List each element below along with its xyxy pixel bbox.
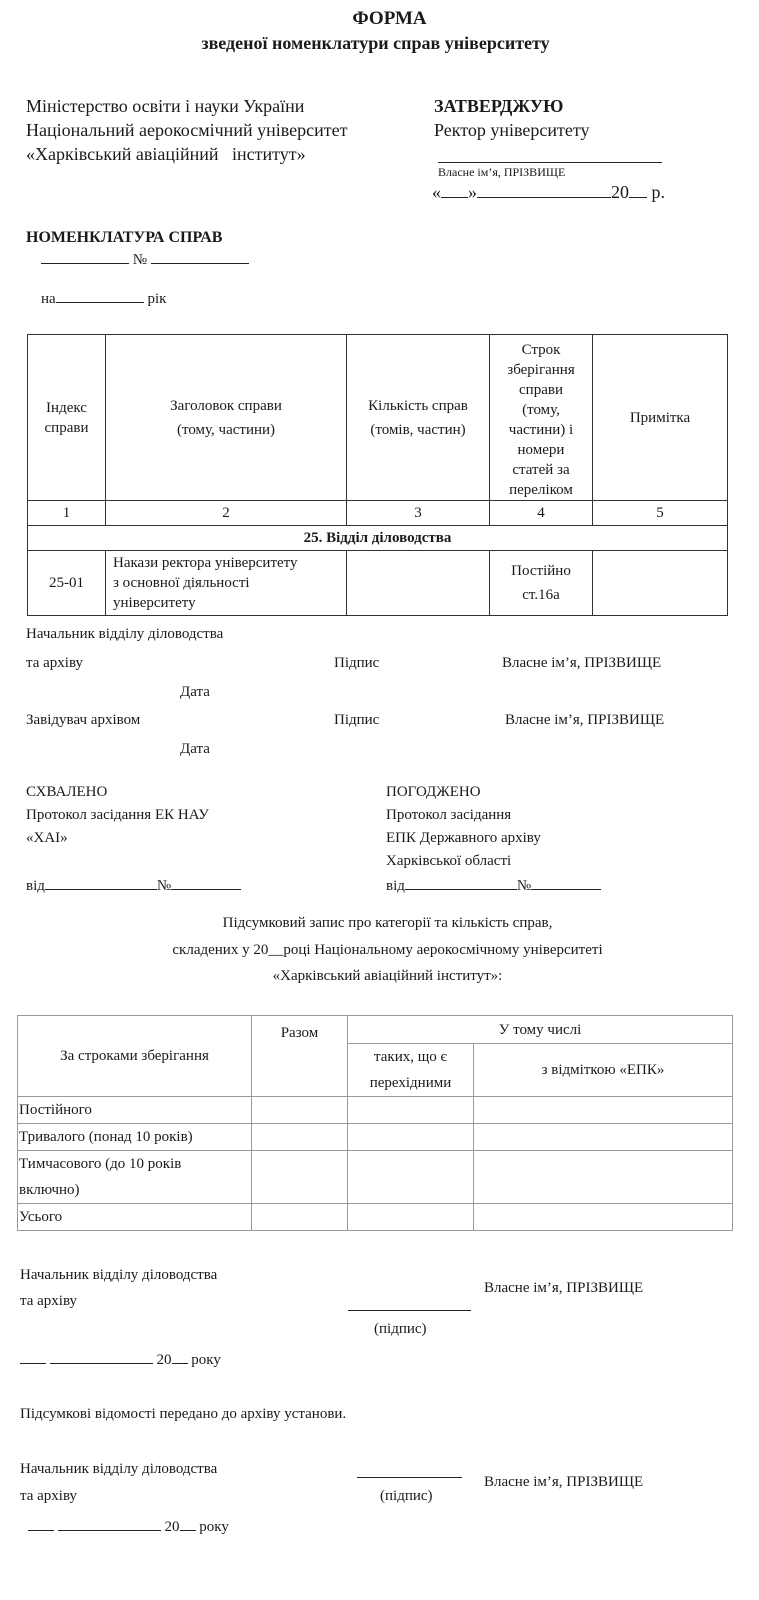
archive-date-label[interactable]: Дата [180,741,210,758]
nomenclature-number-row: № [41,249,249,269]
summary-line-3: «Харківський авіаційний інститут»: [0,968,759,985]
table-row[interactable]: Усього [18,1204,733,1231]
header-index-line: справи [31,418,102,438]
agreed-line-1: Протокол засідання [386,807,511,824]
transfer-signature-line[interactable] [357,1477,462,1478]
approval-title: ЗАТВЕРДЖУЮ [434,94,563,118]
row-epk[interactable] [474,1097,733,1124]
row-total[interactable] [252,1204,348,1231]
nomenclature-year-row: на рік [41,288,166,308]
agreed-date-blank[interactable] [405,876,517,890]
head-sign-label[interactable]: Підпис [334,655,379,672]
row-label-line: Усього [19,1204,251,1230]
row-total[interactable] [252,1124,348,1151]
transfer-date-year-blank[interactable] [180,1517,196,1531]
form-subtitle: зведеної номенклатури справ університету [0,33,751,54]
head-name-label[interactable]: Власне ім’я, ПРІЗВИЩЕ [502,655,661,672]
approved-from-label: від [26,878,45,894]
summary-line-1: Підсумковий запис про категорії та кільк… [0,915,759,932]
row-label-line: Тимчасового (до 10 років [19,1151,251,1177]
summary-table: За строками зберігання Разом У тому числ… [17,1015,733,1231]
header-title: Заголовок справи (тому, частини) [106,335,347,501]
header-index-line: Індекс [31,398,102,418]
row-label: Тимчасового (до 10 років включно) [18,1151,252,1204]
date-year-blank[interactable] [629,183,647,198]
year-prefix: на [41,291,56,307]
column-number: 4 [490,501,593,526]
organization-line-1: Міністерство освіти і науки України [26,94,304,118]
summary-date-year-prefix: 20 [157,1352,172,1368]
header-count: Кількість справ (томів, частин) [347,335,490,501]
row-title[interactable]: Накази ректора університету з основної д… [106,551,347,616]
row-transitional[interactable] [348,1124,474,1151]
agreed-number-blank[interactable] [531,876,601,890]
table-row[interactable]: Тривалого (понад 10 років) [18,1124,733,1151]
nomenclature-number-blank[interactable] [151,249,249,264]
head-title-line-1: Начальник відділу діловодства [26,626,223,643]
header-transitional-line: таких, що є [348,1044,473,1070]
agreed-from-label: від [386,878,405,894]
row-total[interactable] [252,1151,348,1204]
header-retention-line: Строк [493,340,589,360]
header-retention-line: зберігання [493,360,589,380]
date-close-quote: » [468,182,477,202]
header-transitional: таких, що є перехідними [348,1044,474,1097]
row-label-line: включно) [19,1177,251,1203]
column-number: 2 [106,501,347,526]
header-note: Примітка [593,335,728,501]
table-row[interactable]: Постійного [18,1097,733,1124]
agreed-protocol-row: від№ [386,876,601,895]
approved-number-sign: № [157,878,171,894]
date-day-blank[interactable] [441,183,468,198]
rector-name-caption: Власне ім’я, ПРІЗВИЩЕ [438,165,565,180]
date-suffix: р. [652,182,666,202]
row-label: Тривалого (понад 10 років) [18,1124,252,1151]
row-title-line: Накази ректора університету [113,553,343,573]
row-retention-line: ст.16а [493,583,589,607]
header-retention-period: За строками зберігання [18,1016,252,1097]
date-open-quote: « [432,182,441,202]
date-year-prefix: 20 [611,182,629,202]
head-title-line-2: та архіву [26,655,83,672]
row-label: Постійного [18,1097,252,1124]
column-number-row: 1 2 3 4 5 [28,501,728,526]
row-retention-line: Постійно [493,559,589,583]
number-sign: № [133,252,147,268]
row-label-line: Постійного [19,1097,251,1123]
transfer-date-suffix: року [199,1519,229,1535]
table-row[interactable]: 25-01 Накази ректора університету з осно… [28,551,728,616]
row-total[interactable] [252,1097,348,1124]
header-retention: Строк зберігання справи (тому, частини) … [490,335,593,501]
header-retention-line: номери [493,440,589,460]
summary-sign-caption: (підпис) [374,1321,427,1338]
row-epk[interactable] [474,1124,733,1151]
header-count-line: (томів, частин) [350,418,486,442]
archive-sign-label[interactable]: Підпис [334,712,379,729]
transfer-head-title-line-1: Начальник відділу діловодства [20,1461,217,1478]
agreed-title: ПОГОДЖЕНО [386,784,481,801]
header-index: Індекс справи [28,335,106,501]
summary-head-title-line-1: Начальник відділу діловодства [20,1267,217,1284]
transfer-sign-caption: (підпис) [380,1488,433,1505]
nomenclature-table: Індекс справи Заголовок справи (тому, ча… [27,334,728,616]
table-header-row: Індекс справи Заголовок справи (тому, ча… [28,335,728,501]
row-title-line: університету [113,593,343,613]
header-transitional-line: перехідними [348,1070,473,1096]
header-retention-line: (тому, [493,400,589,420]
date-month-blank[interactable] [477,183,611,198]
approved-title: СХВАЛЕНО [26,784,107,801]
transfer-date-month-blank[interactable] [58,1517,161,1531]
transfer-head-name-label[interactable]: Власне ім’я, ПРІЗВИЩЕ [484,1474,643,1491]
transfer-note: Підсумкові відомості передано до архіву … [20,1406,346,1423]
summary-date-year-blank[interactable] [172,1350,188,1364]
transfer-date-row: 20 року [28,1517,229,1536]
summary-date-day-blank[interactable] [20,1350,46,1364]
agreed-line-2: ЕПК Державного архіву [386,830,541,847]
row-epk[interactable] [474,1151,733,1204]
summary-date-month-blank[interactable] [50,1350,153,1364]
row-transitional[interactable] [348,1097,474,1124]
nomenclature-year-blank[interactable] [56,288,144,303]
header-epk: з відміткою «ЕПК» [474,1044,733,1097]
form-title: ФОРМА [0,8,759,30]
header-total: Разом [252,1016,348,1097]
transfer-head-title-line-2: та архіву [20,1488,77,1505]
approved-protocol-row: від№ [26,876,241,895]
transfer-date-day-blank[interactable] [28,1517,54,1531]
agreed-number-sign: № [517,878,531,894]
summary-head-name-label[interactable]: Власне ім’я, ПРІЗВИЩЕ [484,1280,643,1297]
summary-date-suffix: року [191,1352,221,1368]
header-retention-line: статей за [493,460,589,480]
head-date-label[interactable]: Дата [180,684,210,701]
header-retention-line: переліком [493,480,589,500]
agreed-line-3: Харківської області [386,853,511,870]
row-retention[interactable]: Постійно ст.16а [490,551,593,616]
header-retention-line: справи [493,380,589,400]
header-title-line: Заголовок справи [109,394,343,418]
section-row: 25. Відділ діловодства [28,526,728,551]
row-note[interactable] [593,551,728,616]
row-count[interactable] [347,551,490,616]
summary-signature-line[interactable] [348,1310,471,1311]
nomenclature-title: НОМЕНКЛАТУРА СПРАВ [26,229,222,247]
rector-signature-line[interactable] [438,162,662,163]
row-title-line: з основної діяльності [113,573,343,593]
column-number: 1 [28,501,106,526]
approval-date: «»20 р. [432,182,665,203]
approved-date-blank[interactable] [45,876,157,890]
row-epk[interactable] [474,1204,733,1231]
summary-head-title-line-2: та архіву [20,1293,77,1310]
approval-position: Ректор університету [434,118,590,142]
column-number: 5 [593,501,728,526]
header-including: У тому числі [348,1016,733,1044]
transfer-date-year-prefix: 20 [165,1519,180,1535]
row-transitional[interactable] [348,1204,474,1231]
row-index[interactable]: 25-01 [28,551,106,616]
row-transitional[interactable] [348,1151,474,1204]
header-count-line: Кількість справ [350,394,486,418]
organization-line-3: «Харківський авіаційний інститут» [26,142,306,166]
summary-line-2: складених у 20__році Національному аерок… [0,942,759,959]
row-label: Усього [18,1204,252,1231]
archive-name-label[interactable]: Власне ім’я, ПРІЗВИЩЕ [505,712,664,729]
year-suffix: рік [147,291,166,307]
summary-date-row: 20 року [20,1350,221,1369]
header-retention-line: частини) і [493,420,589,440]
approved-number-blank[interactable] [171,876,241,890]
section-title: 25. Відділ діловодства [28,526,728,551]
column-number: 3 [347,501,490,526]
archive-head-title: Завідувач архівом [26,712,140,729]
header-title-line: (тому, частини) [109,418,343,442]
approved-line-1: Протокол засідання ЕК НАУ [26,807,209,824]
nomenclature-code-blank[interactable] [41,249,129,264]
summary-header-row-1: За строками зберігання Разом У тому числ… [18,1016,733,1044]
approved-line-2: «ХАІ» [26,830,68,847]
row-label-line: Тривалого (понад 10 років) [19,1124,251,1150]
table-row[interactable]: Тимчасового (до 10 років включно) [18,1151,733,1204]
organization-line-2: Національний аерокосмічний університет [26,118,347,142]
header-note-line: Примітка [596,408,724,428]
